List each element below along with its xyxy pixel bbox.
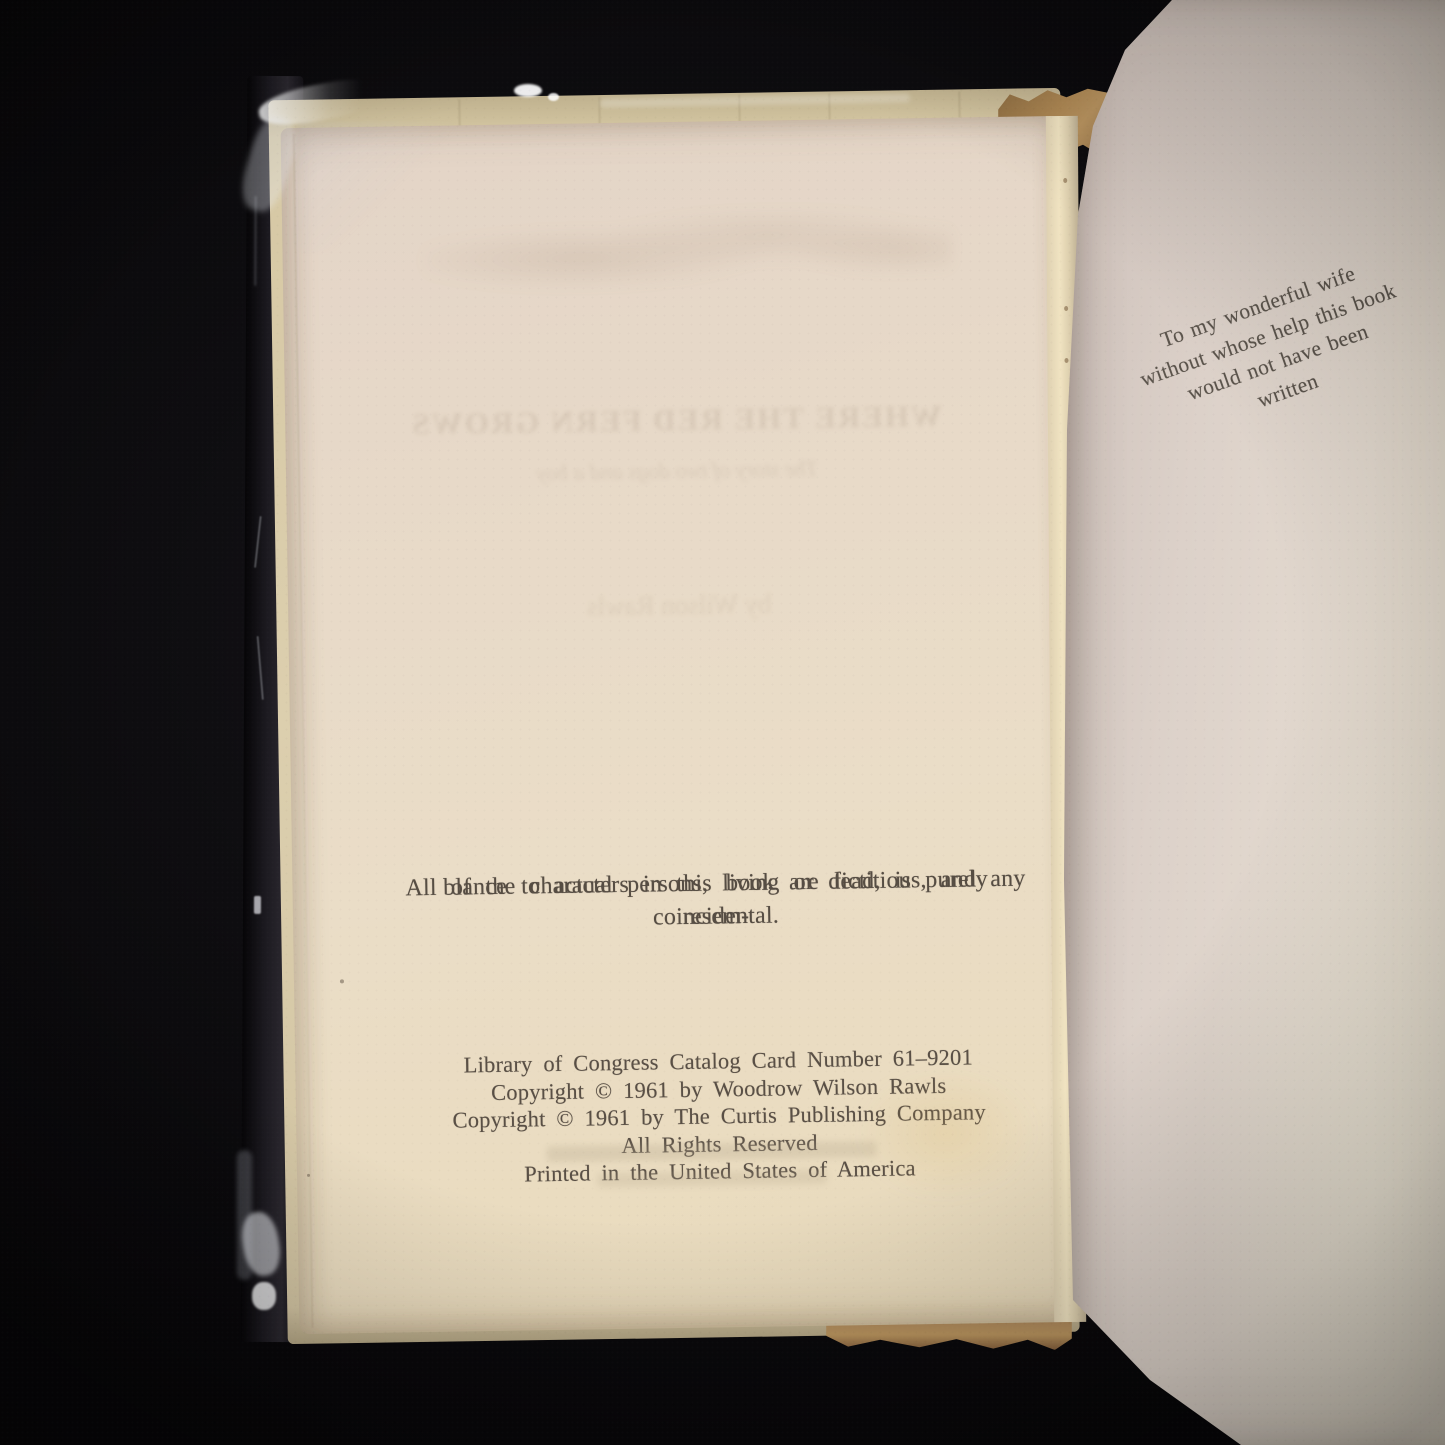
disclaimer-line-2: blance to actual persons, living or dead… [384, 862, 1047, 938]
plastic-scratch [254, 516, 262, 568]
show-through-title: WHERE THE RED FERN GROWS [285, 396, 1067, 444]
fiction-disclaimer: All of the characters in this book are f… [384, 862, 1046, 872]
dedication-page: To my wonderful wife without whose help … [1058, 0, 1445, 1445]
binding-stitch-dot [1064, 306, 1068, 311]
show-through-byline: by Wilson Rawls [288, 584, 1070, 627]
plastic-glint [514, 84, 542, 97]
copyright-page: WHERE THE RED FERN GROWS The story of tw… [281, 116, 1082, 1334]
show-through-subtitle: The story of two dogs and a boy [286, 452, 1068, 490]
paper-stain [815, 1036, 1078, 1230]
binding-stitch-dot [1064, 358, 1068, 363]
binding-stitch-dot [1063, 178, 1067, 183]
page-crease [293, 134, 314, 1328]
open-book-photo: WHERE THE RED FERN GROWS The story of tw… [0, 0, 1445, 1445]
dedication-text: To my wonderful wife without whose help … [1109, 242, 1437, 455]
paper-speck [340, 979, 344, 983]
show-through-illustration [422, 206, 953, 292]
plastic-scratch [257, 636, 264, 700]
show-through-publisher-line [597, 1170, 827, 1188]
plastic-glint [254, 896, 261, 914]
plastic-scratch [254, 196, 256, 286]
paper-speck [307, 1174, 310, 1177]
